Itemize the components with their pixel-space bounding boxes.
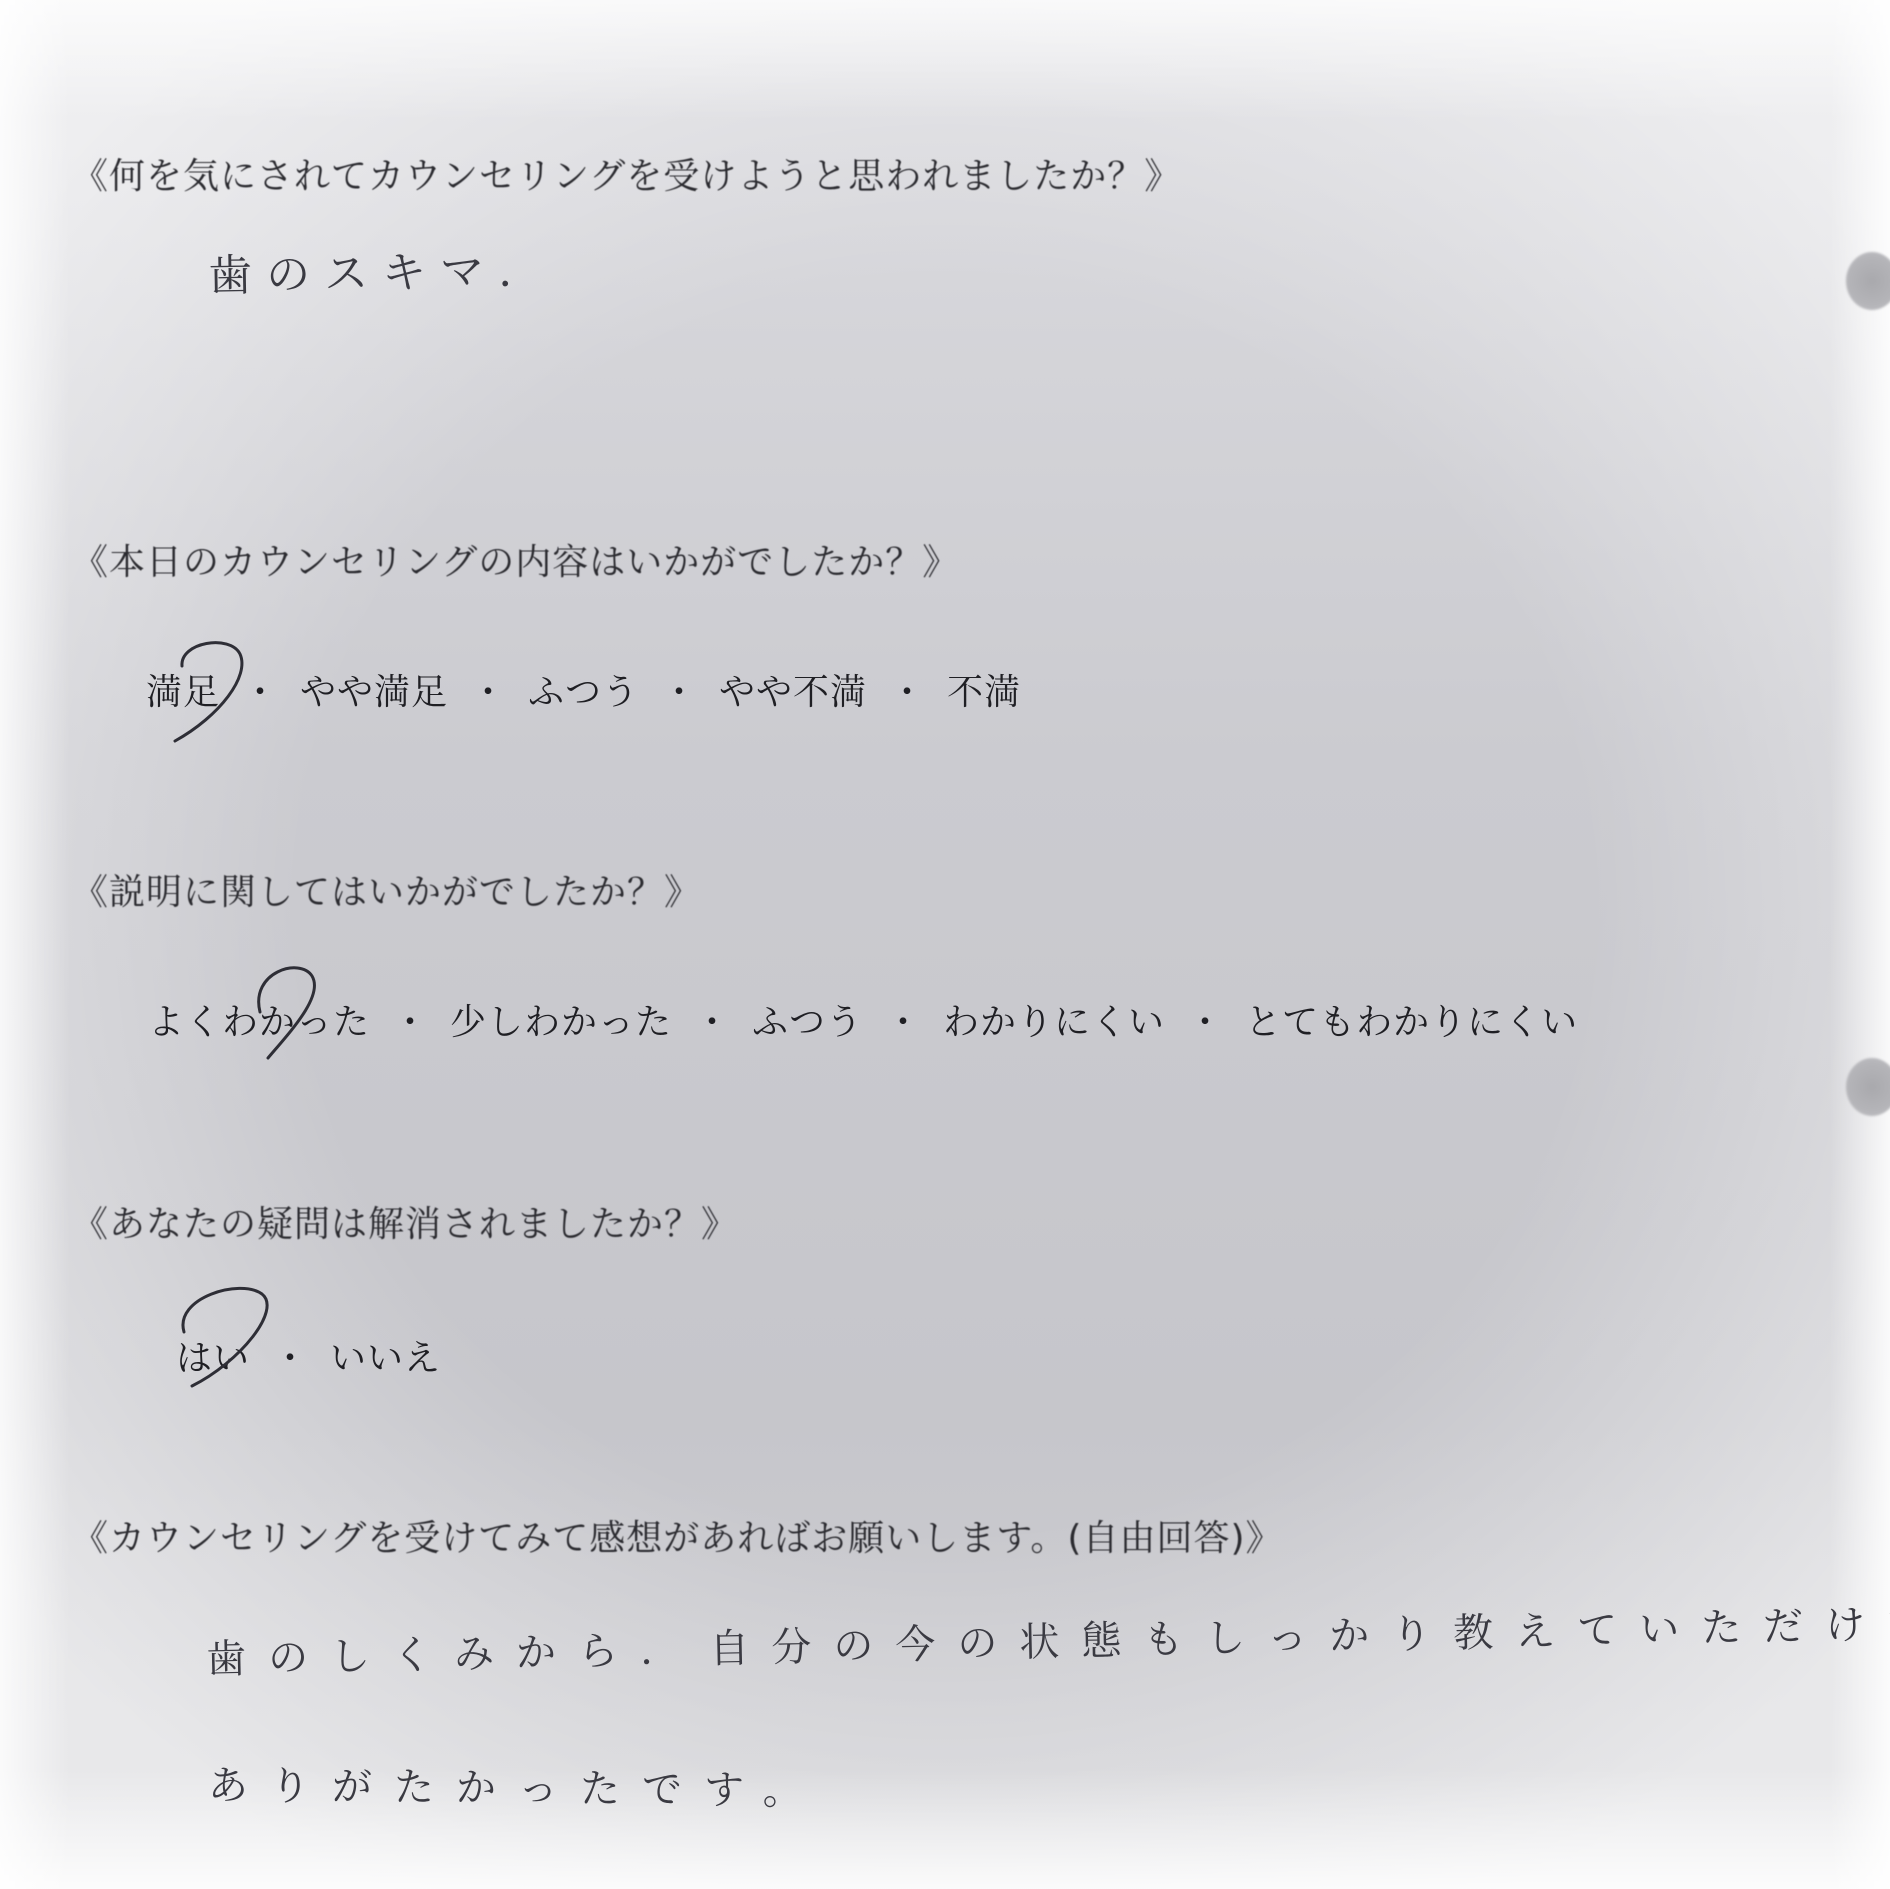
option-separator: ・ xyxy=(250,1330,330,1381)
question-2-text: 《本日のカウンセリングの内容はいかがでしたか？》 xyxy=(72,534,959,585)
option-very-hard-to-understand[interactable]: とてもわかりにくい xyxy=(1245,994,1578,1045)
handwritten-answer-5-line-2: ありがたかったです。 xyxy=(208,1754,825,1816)
question-5-text: 《カウンセリングを受けてみて感想があればお願いします。(自由回答)》 xyxy=(72,1510,1283,1561)
punch-hole-middle xyxy=(1846,1058,1890,1116)
option-dissatisfied[interactable]: 不満 xyxy=(947,664,1021,715)
option-satisfied[interactable]: 満足 xyxy=(146,664,220,715)
option-separator: ・ xyxy=(1165,994,1245,1045)
option-separator: ・ xyxy=(672,994,752,1045)
option-somewhat-satisfied[interactable]: やや満足 xyxy=(300,664,448,715)
option-separator: ・ xyxy=(867,664,947,715)
option-somewhat-dissatisfied[interactable]: やや不満 xyxy=(719,664,867,715)
option-neutral[interactable]: ふつう xyxy=(752,994,863,1045)
option-understood-somewhat[interactable]: 少しわかった xyxy=(450,994,672,1045)
option-understood-well[interactable]: よくわかった xyxy=(148,994,370,1045)
question-3-text: 《説明に関してはいかがでしたか？》 xyxy=(72,864,701,915)
option-no[interactable]: いいえ xyxy=(330,1330,441,1381)
option-separator: ・ xyxy=(370,994,450,1045)
option-neutral[interactable]: ふつう xyxy=(528,664,639,715)
option-yes[interactable]: はい xyxy=(176,1330,250,1381)
option-separator: ・ xyxy=(448,664,528,715)
option-separator: ・ xyxy=(220,664,300,715)
question-4-text: 《あなたの疑問は解消されましたか？》 xyxy=(72,1196,738,1247)
question-4-options: はい ・ いいえ xyxy=(176,1330,441,1381)
option-separator: ・ xyxy=(863,994,943,1045)
handwritten-answer-1: 歯のスキマ. xyxy=(207,234,526,304)
question-2-options: 満足 ・ やや満足 ・ ふつう ・ やや不満 ・ 不満 xyxy=(146,664,1021,715)
vignette-left xyxy=(0,0,70,1889)
vignette-top xyxy=(0,0,1890,120)
punch-hole-top xyxy=(1846,252,1890,310)
option-separator: ・ xyxy=(639,664,719,715)
question-3-options: よくわかった ・ 少しわかった ・ ふつう ・ わかりにくい ・ とてもわかりに… xyxy=(148,994,1578,1045)
option-hard-to-understand[interactable]: わかりにくい xyxy=(943,994,1165,1045)
question-1-text: 《何を気にされてカウンセリングを受けようと思われましたか？》 xyxy=(72,148,1181,199)
